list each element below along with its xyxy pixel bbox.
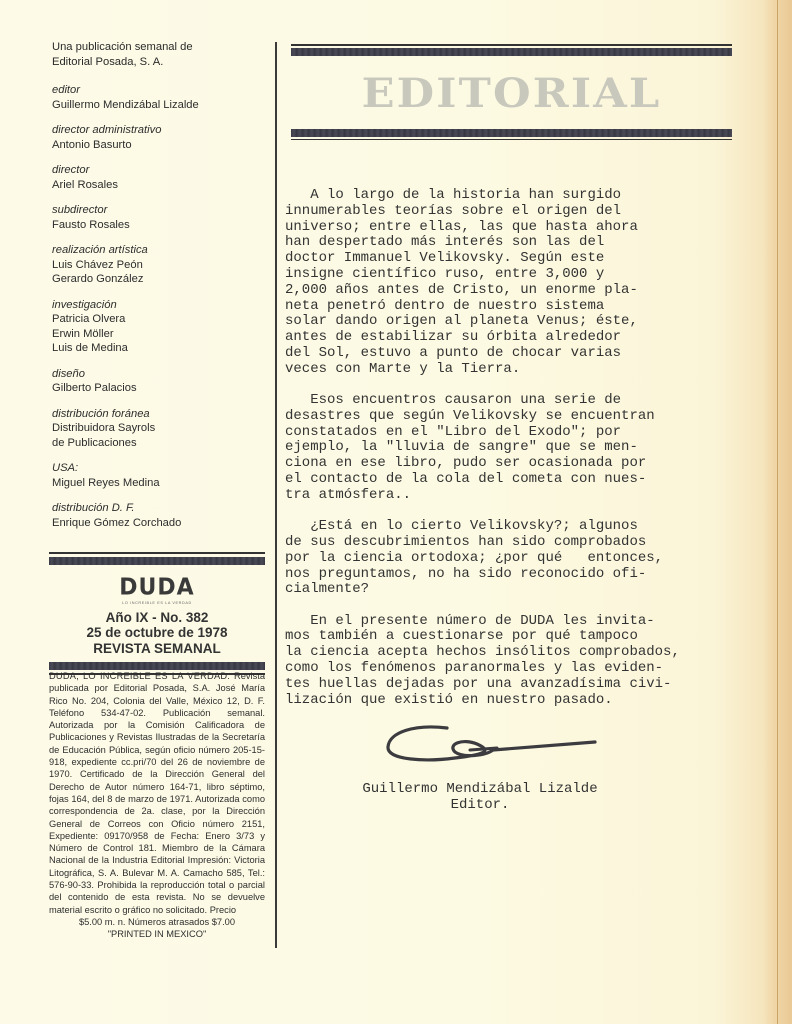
- credit-entry: realización artísticaLuis Chávez PeónGer…: [52, 243, 272, 287]
- credit-name: Gerardo González: [52, 272, 272, 287]
- credit-name: Ariel Rosales: [52, 178, 272, 193]
- publication-type: REVISTA SEMANAL: [49, 641, 265, 657]
- editorial-title: EDITORIAL: [273, 72, 749, 116]
- credit-name: Guillermo Mendizábal Lizalde: [52, 98, 272, 113]
- rule: [49, 557, 265, 565]
- legal-body: Revista publicada por Editorial Posada, …: [49, 671, 265, 915]
- signature-title: Editor.: [285, 797, 675, 813]
- credit-name: Distribuidora Sayrols: [52, 421, 272, 436]
- column-divider: [275, 42, 277, 948]
- signature-icon: [385, 722, 600, 772]
- signature-block: Guillermo Mendizábal Lizalde Editor.: [285, 781, 675, 813]
- credit-entry: directorAriel Rosales: [52, 163, 272, 192]
- credit-role: diseño: [52, 367, 272, 382]
- editorial-paragraph: Esos encuentros causaron una serie de de…: [285, 393, 735, 504]
- credit-entry: distribución D. F.Enrique Gómez Corchado: [52, 501, 272, 530]
- rule: [291, 139, 732, 141]
- credit-name: Gilberto Palacios: [52, 381, 272, 396]
- page-fold-line: [777, 0, 778, 1024]
- page-edge-shadow: [764, 0, 792, 1024]
- credit-role: editor: [52, 83, 272, 98]
- rule: [49, 662, 265, 670]
- credit-role: investigación: [52, 298, 272, 313]
- intro-line: Editorial Posada, S. A.: [52, 55, 272, 70]
- staff-credits: Una publicación semanal de Editorial Pos…: [52, 40, 272, 541]
- issue-date: 25 de octubre de 1978: [49, 625, 265, 641]
- credit-name: Enrique Gómez Corchado: [52, 516, 272, 531]
- credit-entry: director administrativoAntonio Basurto: [52, 123, 272, 152]
- legal-notice: DUDA, LO INCREIBLE ES LA VERDAD. Revista…: [49, 670, 265, 941]
- signature-name: Guillermo Mendizábal Lizalde: [285, 781, 675, 797]
- rule: [49, 552, 265, 554]
- credit-name: Fausto Rosales: [52, 218, 272, 233]
- credit-entry: USA:Miguel Reyes Medina: [52, 461, 272, 490]
- issue-number: Año IX - No. 382: [49, 610, 265, 626]
- credit-role: USA:: [52, 461, 272, 476]
- credit-name: Patricia Olvera: [52, 312, 272, 327]
- credit-name: de Publicaciones: [52, 436, 272, 451]
- credit-entry: editorGuillermo Mendizábal Lizalde: [52, 83, 272, 112]
- publisher-intro: Una publicación semanal de Editorial Pos…: [52, 40, 272, 69]
- credit-name: Erwin Möller: [52, 327, 272, 342]
- credit-name: Luis Chávez Peón: [52, 258, 272, 273]
- legal-lead: DUDA, LO INCREIBLE ES LA VERDAD.: [49, 671, 230, 681]
- editorial-body: A lo largo de la historia han surgido in…: [285, 188, 735, 724]
- credit-role: subdirector: [52, 203, 272, 218]
- printed-in: "PRINTED IN MEXICO": [49, 928, 265, 940]
- credit-role: distribución D. F.: [52, 501, 272, 516]
- editorial-paragraph: ¿Está en lo cierto Velikovsky?; algunos …: [285, 519, 735, 598]
- credit-entry: investigaciónPatricia OlveraErwin Möller…: [52, 298, 272, 356]
- credit-name: Antonio Basurto: [52, 138, 272, 153]
- price-line: $5.00 m. n. Números atrasados $7.00: [49, 916, 265, 928]
- masthead: DUDA LO INCREIBLE ES LA VERDAD Año IX - …: [49, 552, 265, 678]
- credit-list: editorGuillermo Mendizábal Lizaldedirect…: [52, 83, 272, 530]
- rule: [291, 129, 732, 137]
- rule: [291, 44, 732, 46]
- editorial-paragraph: En el presente número de DUDA les invita…: [285, 614, 735, 709]
- rule: [291, 48, 732, 56]
- editorial-paragraph: A lo largo de la historia han surgido in…: [285, 188, 735, 378]
- credit-name: Luis de Medina: [52, 341, 272, 356]
- credit-role: distribución foránea: [52, 407, 272, 422]
- credit-role: director: [52, 163, 272, 178]
- editorial-header: EDITORIAL: [291, 44, 732, 142]
- duda-logo: DUDA: [49, 574, 265, 600]
- credit-entry: distribución foráneaDistribuidora Sayrol…: [52, 407, 272, 451]
- credit-entry: subdirectorFausto Rosales: [52, 203, 272, 232]
- credit-name: Miguel Reyes Medina: [52, 476, 272, 491]
- logo-tagline: LO INCREIBLE ES LA VERDAD: [49, 601, 265, 605]
- intro-line: Una publicación semanal de: [52, 40, 272, 55]
- credit-entry: diseñoGilberto Palacios: [52, 367, 272, 396]
- credit-role: director administrativo: [52, 123, 272, 138]
- credit-role: realización artística: [52, 243, 272, 258]
